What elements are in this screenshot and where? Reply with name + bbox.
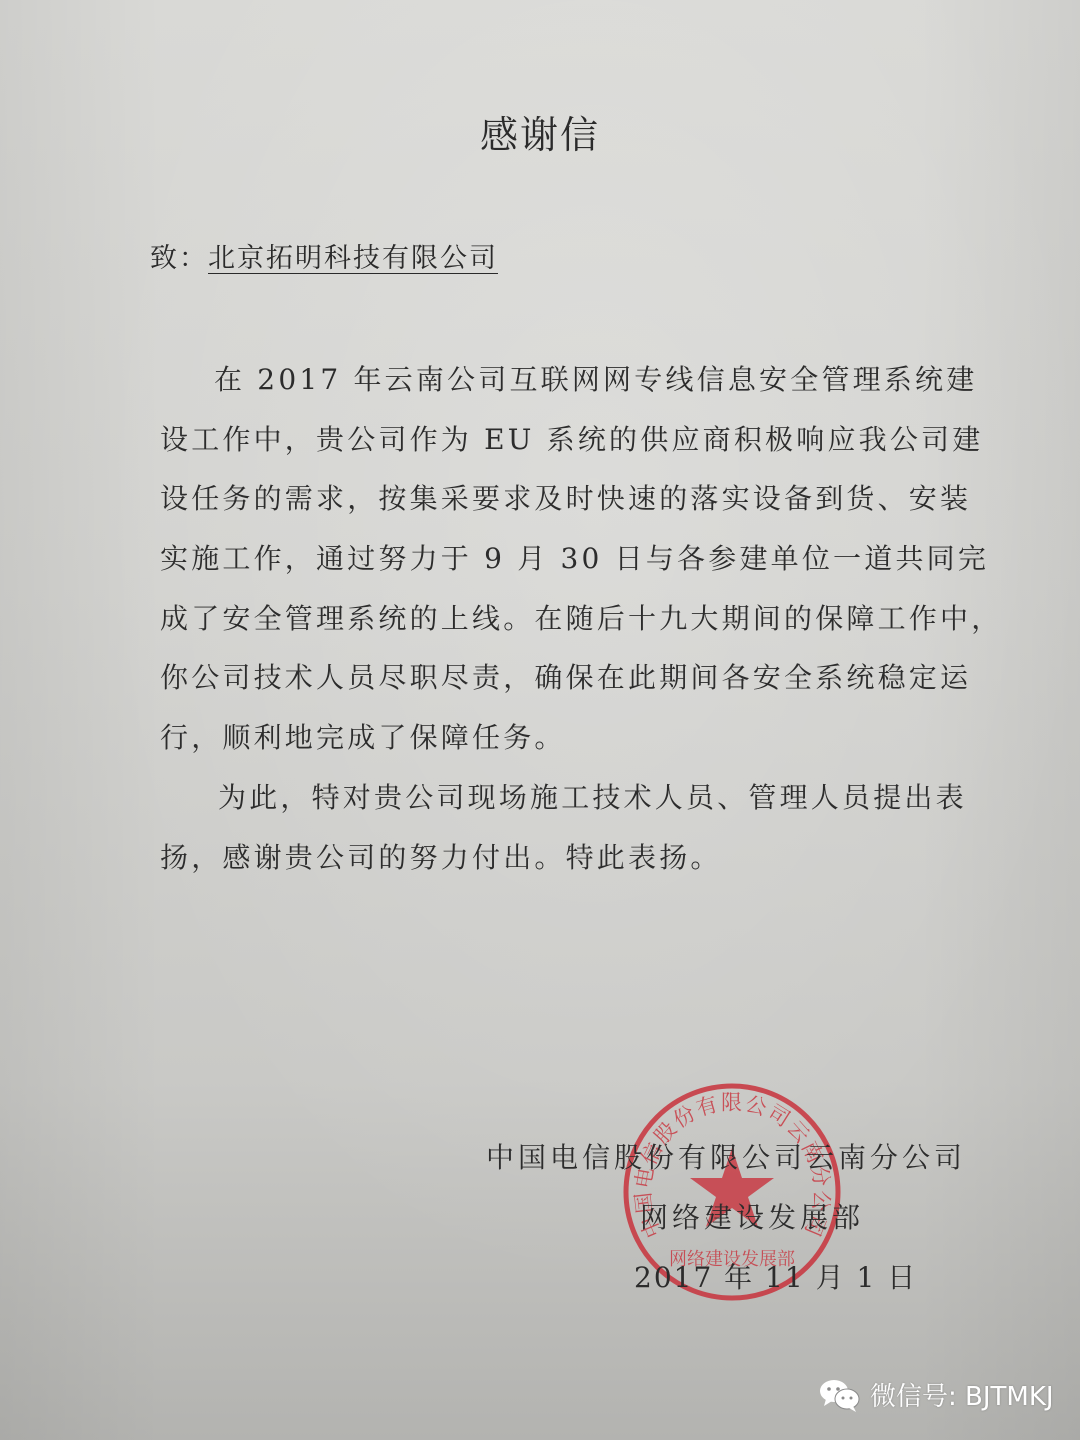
signature-date: 2017 年 11 月 1 日 <box>634 1256 917 1296</box>
body-line-4: 实施工作，通过努力于 9 月 30 日与各参建单位一道共同完 <box>160 537 989 577</box>
body-line-6: 你公司技术人员尽职尽责，确保在此期间各安全系统稳定运 <box>160 656 971 696</box>
letter-title: 感谢信 <box>0 104 1080 159</box>
body-line-8: 为此，特对贵公司现场施工技术人员、管理人员提出表 <box>218 776 967 816</box>
wechat-icon <box>818 1377 862 1413</box>
body-line-3: 设任务的需求，按集采要求及时快速的落实设备到货、安装 <box>160 477 971 517</box>
wechat-watermark: 微信号: BJTMKJ <box>818 1376 1054 1413</box>
body-line-7: 行，顺利地完成了保障任务。 <box>160 716 566 756</box>
signature-company: 中国电信股份有限公司云南分公司 <box>486 1136 966 1176</box>
body-line-5: 成了安全管理系统的上线。在随后十九大期间的保障工作中， <box>160 597 1002 637</box>
signature-department: 网络建设发展部 <box>640 1196 864 1236</box>
wechat-id-label: 微信号: BJTMKJ <box>870 1376 1054 1413</box>
body-line-2: 设工作中，贵公司作为 EU 系统的供应商积极响应我公司建 <box>160 418 983 458</box>
recipient-prefix: 致： <box>150 243 208 274</box>
recipient-line: 致：北京拓明科技有限公司 <box>150 236 498 275</box>
recipient-name: 北京拓明科技有限公司 <box>208 243 498 274</box>
body-line-1: 在 2017 年云南公司互联网网专线信息安全管理系统建 <box>214 358 977 398</box>
body-line-9: 扬，感谢贵公司的努力付出。特此表扬。 <box>160 836 722 876</box>
